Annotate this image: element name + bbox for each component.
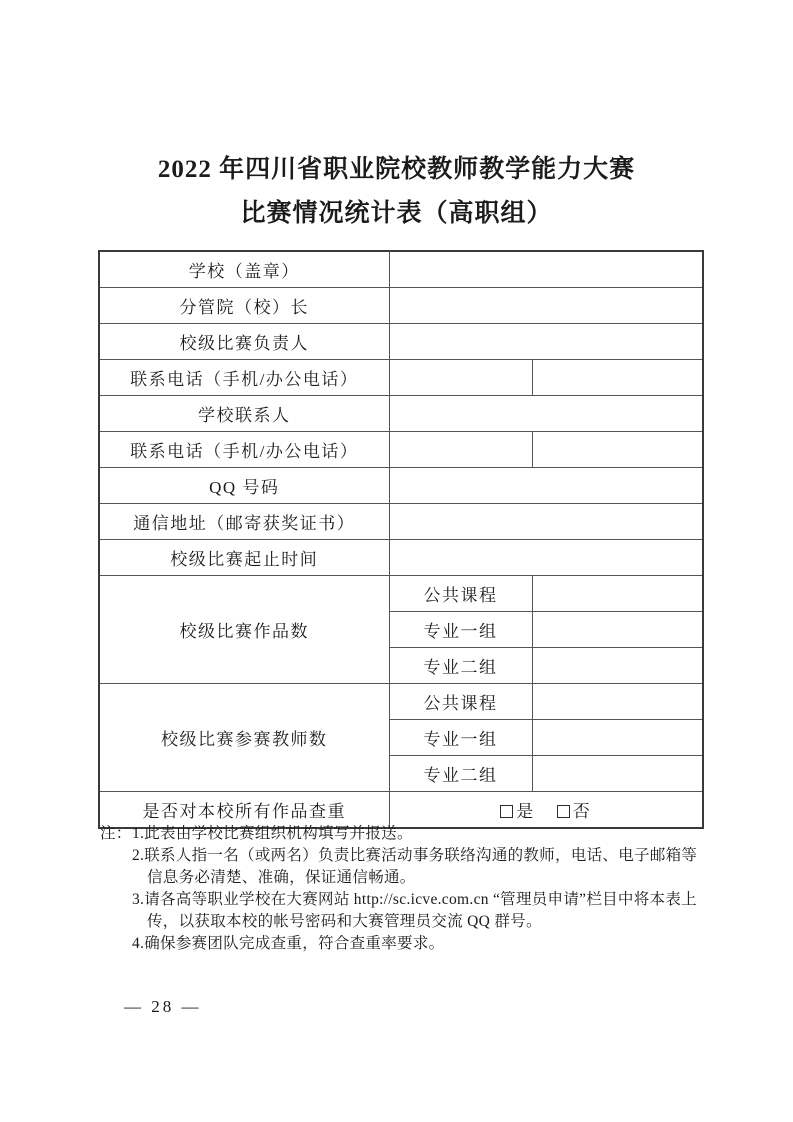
row-label-contact-phone-1: 联系电话（手机/办公电话） [99, 360, 389, 396]
statistics-table: 学校（盖章） 分管院（校）长 校级比赛负责人 联系电话（手机/办公电话） 学校联… [98, 250, 704, 829]
checkbox-icon [500, 805, 513, 818]
title-line-2: 比赛情况统计表（高职组） [0, 192, 793, 236]
document-title: 2022 年四川省职业院校教师教学能力大赛 比赛情况统计表（高职组） [0, 148, 793, 236]
checkbox-icon [557, 805, 570, 818]
table-row: 校级比赛负责人 [99, 324, 703, 360]
value-cell [532, 648, 703, 684]
table-row: 分管院（校）长 [99, 288, 703, 324]
title-line-1: 2022 年四川省职业院校教师教学能力大赛 [0, 148, 793, 192]
table-row: 联系电话（手机/办公电话） [99, 360, 703, 396]
row-label-competition-period: 校级比赛起止时间 [99, 540, 389, 576]
row-label-mailing-address: 通信地址（邮寄获奖证书） [99, 504, 389, 540]
row-label-entry-count: 校级比赛作品数 [99, 576, 389, 684]
notes-label: 注： [100, 823, 132, 955]
row-label-contact-phone-2: 联系电话（手机/办公电话） [99, 432, 389, 468]
value-cell [389, 540, 703, 576]
duplicate-check-yes-option[interactable]: 是 [500, 797, 535, 822]
value-cell [389, 360, 532, 396]
value-cell [532, 360, 703, 396]
value-cell [389, 504, 703, 540]
value-cell [389, 396, 703, 432]
row-label-competition-head: 校级比赛负责人 [99, 324, 389, 360]
table-row: 校级比赛参赛教师数 公共课程 [99, 684, 703, 720]
table-row: 学校联系人 [99, 396, 703, 432]
value-cell [532, 612, 703, 648]
note-item-3: 3.请各高等职业学校在大赛网站 http://sc.icve.com.cn “管… [132, 889, 712, 933]
note-item-4: 4.确保参赛团队完成查重，符合查重率要求。 [132, 933, 712, 955]
value-cell [389, 251, 703, 288]
sub-label-major-group-2: 专业二组 [389, 756, 532, 792]
value-cell [532, 432, 703, 468]
table-row: QQ 号码 [99, 468, 703, 504]
sub-label-major-group-1: 专业一组 [389, 612, 532, 648]
sub-label-major-group-1: 专业一组 [389, 720, 532, 756]
row-label-school: 学校（盖章） [99, 251, 389, 288]
row-label-qq-number: QQ 号码 [99, 468, 389, 504]
table-row: 校级比赛作品数 公共课程 [99, 576, 703, 612]
sub-label-public-course: 公共课程 [389, 576, 532, 612]
sub-label-public-course: 公共课程 [389, 684, 532, 720]
duplicate-check-no-option[interactable]: 否 [557, 797, 592, 822]
value-cell [389, 324, 703, 360]
value-cell [532, 576, 703, 612]
sub-label-major-group-2: 专业二组 [389, 648, 532, 684]
value-cell [389, 468, 703, 504]
footnotes: 注： 1.此表由学校比赛组织机构填写并报送。 2.联系人指一名（或两名）负责比赛… [100, 823, 712, 955]
note-item-1: 1.此表由学校比赛组织机构填写并报送。 [132, 823, 712, 845]
table-row: 通信地址（邮寄获奖证书） [99, 504, 703, 540]
notes-items: 1.此表由学校比赛组织机构填写并报送。 2.联系人指一名（或两名）负责比赛活动事… [132, 823, 712, 955]
value-cell [532, 684, 703, 720]
value-cell [532, 756, 703, 792]
row-label-vice-president: 分管院（校）长 [99, 288, 389, 324]
row-label-school-contact: 学校联系人 [99, 396, 389, 432]
value-cell [532, 720, 703, 756]
table-row: 学校（盖章） [99, 251, 703, 288]
page-number: — 28 — [124, 997, 202, 1017]
table-row: 校级比赛起止时间 [99, 540, 703, 576]
table-row: 联系电话（手机/办公电话） [99, 432, 703, 468]
document-page: 2022 年四川省职业院校教师教学能力大赛 比赛情况统计表（高职组） 学校（盖章… [0, 0, 793, 1122]
checkbox-yes-label: 是 [516, 802, 535, 821]
value-cell [389, 432, 532, 468]
checkbox-no-label: 否 [573, 802, 592, 821]
row-label-teacher-count: 校级比赛参赛教师数 [99, 684, 389, 792]
value-cell [389, 288, 703, 324]
note-item-2: 2.联系人指一名（或两名）负责比赛活动事务联络沟通的教师，电话、电子邮箱等信息务… [132, 845, 712, 889]
